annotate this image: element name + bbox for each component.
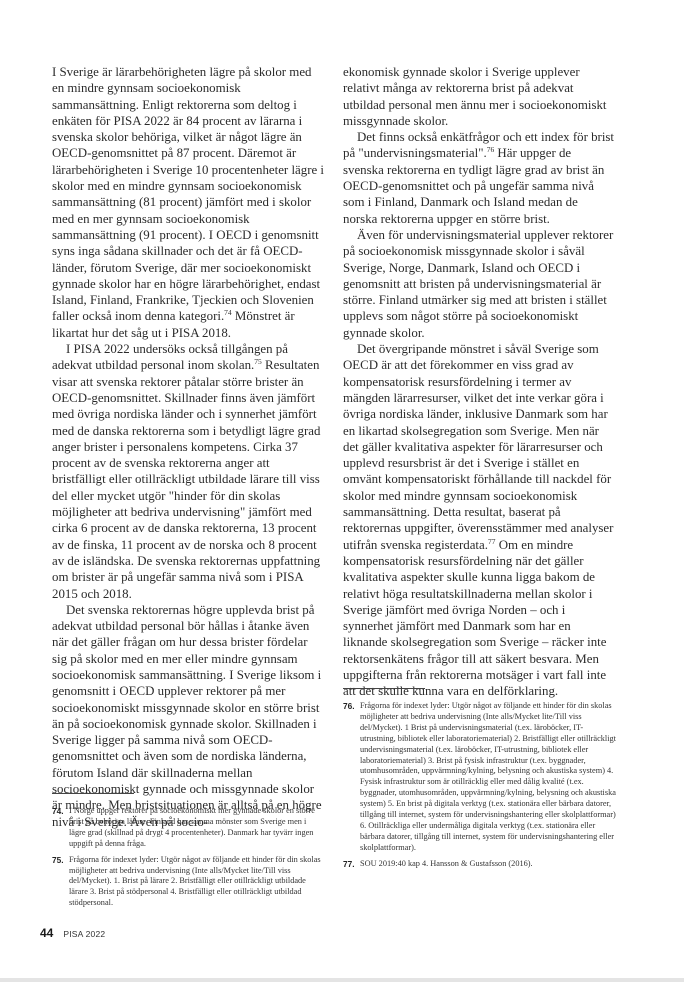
viewer-background [0,982,684,1000]
body-column-right: ekonomisk gynnade skolor i Sverige upple… [343,64,615,700]
footnote-text: Frågorna för indexet lyder: Utgör något … [360,701,618,854]
paragraph: I Sverige är lärarbehörigheten lägre på … [52,64,324,341]
page-folio: 44 PISA 2022 [40,926,105,940]
footnote-number: 76. [343,701,360,854]
body-column-left: I Sverige är lärarbehörigheten lägre på … [52,64,324,830]
footnote: 76. Frågorna för indexet lyder: Utgör nå… [343,701,618,854]
page-number: 44 [40,926,53,940]
footnote: 74. I Norge uppger rektorer på socioekon… [52,806,322,850]
paragraph: Det finns också enkätfrågor och ett inde… [343,129,615,227]
footnote-number: 74. [52,806,69,850]
footnote-text: I Norge uppger rektorer på socioekonomis… [69,806,322,850]
footnote-ref[interactable]: 75 [254,357,262,366]
paragraph: Det övergripande mönstret i såväl Sverig… [343,341,615,700]
footnote: 75. Frågorna för indexet lyder: Utgör nå… [52,855,322,910]
footnote-divider [343,688,425,689]
footnote: 77. SOU 2019:40 kap 4. Hansson & Gustafs… [343,859,618,870]
running-title: PISA 2022 [63,929,105,939]
footnote-text: Frågorna för indexet lyder: Utgör något … [69,855,322,910]
footnote-ref[interactable]: 74 [224,308,232,317]
footnote-text: SOU 2019:40 kap 4. Hansson & Gustafsson … [360,859,618,870]
footnotes-left: 74. I Norge uppger rektorer på socioekon… [52,793,322,914]
paragraph: I PISA 2022 undersöks också tillgången p… [52,341,324,602]
paragraph: ekonomisk gynnade skolor i Sverige upple… [343,64,615,129]
footnotes-right: 76. Frågorna för indexet lyder: Utgör nå… [343,688,618,875]
paragraph: Även för undervisningsmaterial upplever … [343,227,615,341]
document-page: I Sverige är lärarbehörigheten lägre på … [0,0,684,978]
footnote-number: 77. [343,859,360,870]
footnote-number: 75. [52,855,69,910]
footnote-divider [52,793,134,794]
